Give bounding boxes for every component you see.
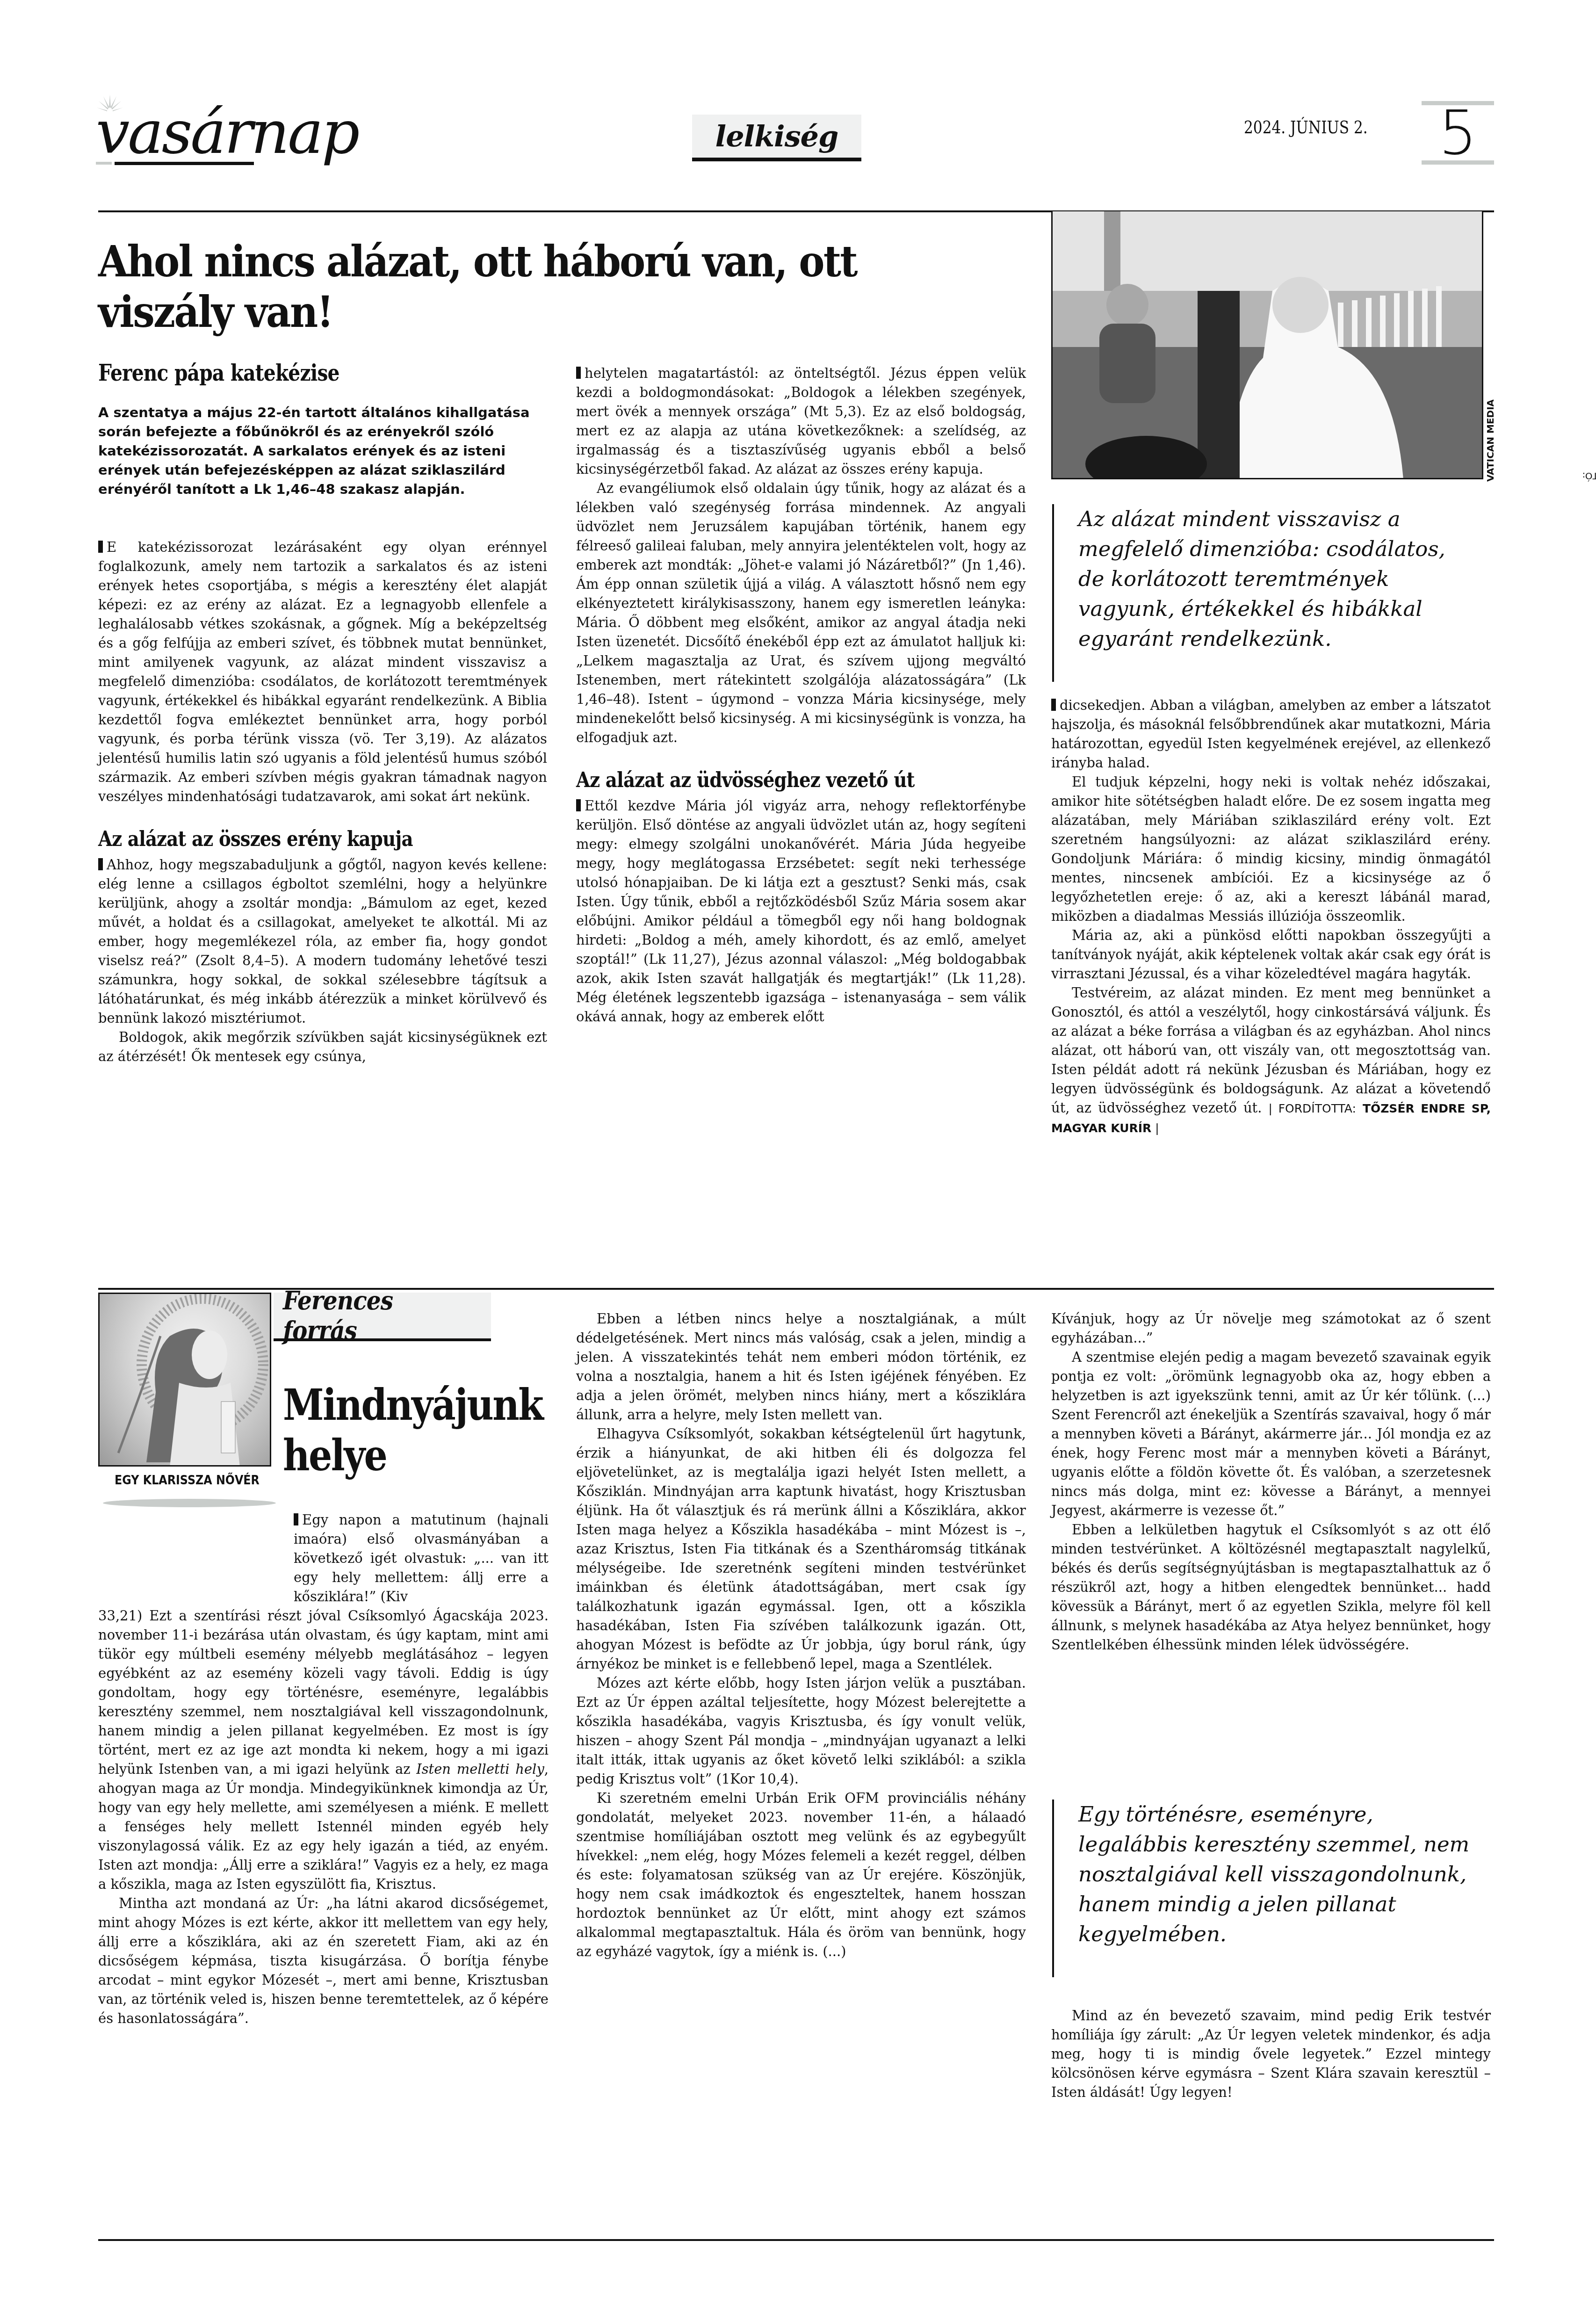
paragraph: Ki szeretném emelni Urbán Erik OFM provi… [576, 1789, 1026, 1961]
pull-quote: Az alázat mindent visszavisz a megfelelő… [1052, 504, 1473, 682]
article-column-2: helytelen magatartástól: az önteltségtől… [576, 364, 1026, 1026]
paragraph: Elhagyva Csíksomlyót, sokakban kétségtel… [576, 1424, 1026, 1674]
masthead-accent-bar [96, 162, 112, 165]
article-lead: A szentatya a május 22-én tartott általá… [98, 403, 547, 499]
article-column-1: E katekézissorozat lezárásaként egy olya… [98, 538, 547, 1066]
column-rubric: Ferences forrás [274, 1293, 491, 1341]
paragraph: Testvéreim, az alázat minden. Ez ment me… [1051, 983, 1491, 1138]
page-number-text: 5 [1438, 97, 1477, 168]
translator-label: | FORDÍTOTTA: [1269, 1102, 1356, 1115]
section-heading: Az alázat az összes erény kapuja [98, 830, 493, 849]
paragraph: 33,21) Ezt a szentírási részt jóval Csík… [98, 1606, 549, 1894]
paragraph: Kívánjuk, hogy az Úr növelje meg számoto… [1051, 1309, 1491, 1348]
issue-date: 2024. JÚNIUS 2. [1244, 117, 1368, 137]
column-body-2: Ebben a létben nincs helye a nosztalgián… [576, 1309, 1026, 1961]
emphasis: Isten melletti hely [416, 1761, 544, 1777]
article-column-3: dicsekedjen. Abban a világban, amelyben … [1051, 696, 1491, 1138]
paragraph: Mind az én bevezető szavaim, mind pedig … [1051, 2006, 1491, 2102]
column-body-3: Kívánjuk, hogy az Úr növelje meg számoto… [1051, 1309, 1491, 1655]
paragraph-text: , ahogyan maga az Úr mondja. Mindegyikün… [98, 1761, 549, 1892]
paragraph: Mózes azt kérte előbb, hogy Isten járjon… [576, 1674, 1026, 1789]
paragraph: Mintha azt mondaná az Úr: „ha látni akar… [98, 1894, 549, 2028]
article-headline: Ahol nincs alázat, ott háború van, ott v… [98, 236, 898, 337]
section-label: lelkiség [692, 115, 861, 161]
saint-clare-image [100, 1294, 271, 1467]
paragraph: E katekézissorozat lezárásaként egy olya… [98, 538, 547, 806]
masthead-logo: vasárnap [96, 94, 250, 168]
masthead-title: vasárnap [96, 103, 358, 163]
photo-credit: FOTÓ: VATICAN MEDIA [1485, 355, 1499, 482]
photo-credit-name: VATICAN MEDIA [1485, 399, 1496, 482]
paragraph: Ebben a lelkületben hagytuk el Csíksomly… [1051, 1520, 1491, 1655]
photo-credit-label: FOTÓ: [1582, 470, 1596, 482]
translator-end: | [1155, 1121, 1159, 1135]
section-heading: Az alázat az üdvösséghez vezető út [576, 771, 972, 790]
paragraph: A szentmise elején pedig a magam bevezet… [1051, 1348, 1491, 1520]
pull-quote: Egy történésre, eseményre, legalábbis ke… [1052, 1800, 1473, 1977]
paragraph: Az evangéliumok első oldalain úgy tűnik,… [576, 479, 1026, 747]
caption-underline [103, 1499, 276, 1507]
column-title: Mindnyájunk helye [283, 1380, 508, 1481]
paragraph: Mária az, aki a pünkösd előtti napokban … [1051, 926, 1491, 983]
masthead-underline [115, 162, 254, 165]
image-caption: EGY KLARISSZA NŐVÉR [109, 1473, 265, 1488]
article-subhead: Ferenc pápa katekézise [98, 360, 339, 386]
column-body-1: 33,21) Ezt a szentírási részt jóval Csík… [98, 1606, 549, 2028]
paragraph: Ettől kezdve Mária jól vigyáz arra, neho… [576, 796, 1026, 1026]
article-photo [1051, 211, 1483, 479]
saint-illustration [98, 1293, 271, 1467]
paragraph-text: 33,21) Ezt a szentírási részt jóval Csík… [98, 1608, 549, 1777]
photo-illustration [1053, 211, 1483, 479]
paragraph: dicsekedjen. Abban a világban, amelyben … [1051, 696, 1491, 773]
column-intro: Egy napon a matutinum (hajnali imaóra) e… [294, 1511, 549, 1606]
paragraph: El tudjuk képzelni, hogy neki is voltak … [1051, 773, 1491, 926]
column-closing: Mind az én bevezető szavaim, mind pedig … [1051, 2006, 1491, 2102]
column-rubric-text: Ferences forrás [283, 1286, 470, 1345]
paragraph: Ahhoz, hogy megszabaduljunk a gőgtől, na… [98, 855, 547, 1028]
paragraph: Ebben a létben nincs helye a nosztalgián… [576, 1309, 1026, 1424]
paragraph: Egy napon a matutinum (hajnali imaóra) e… [294, 1511, 549, 1606]
footer-divider [98, 2239, 1494, 2241]
page-number: 5 [1422, 101, 1494, 165]
paragraph: helytelen magatartástól: az önteltségtől… [576, 364, 1026, 479]
section-label-text: lelkiség [715, 119, 838, 153]
paragraph-text: Testvéreim, az alázat minden. Ez ment me… [1051, 985, 1491, 1116]
paragraph: Boldogok, akik megőrzik szívükben saját … [98, 1028, 547, 1066]
